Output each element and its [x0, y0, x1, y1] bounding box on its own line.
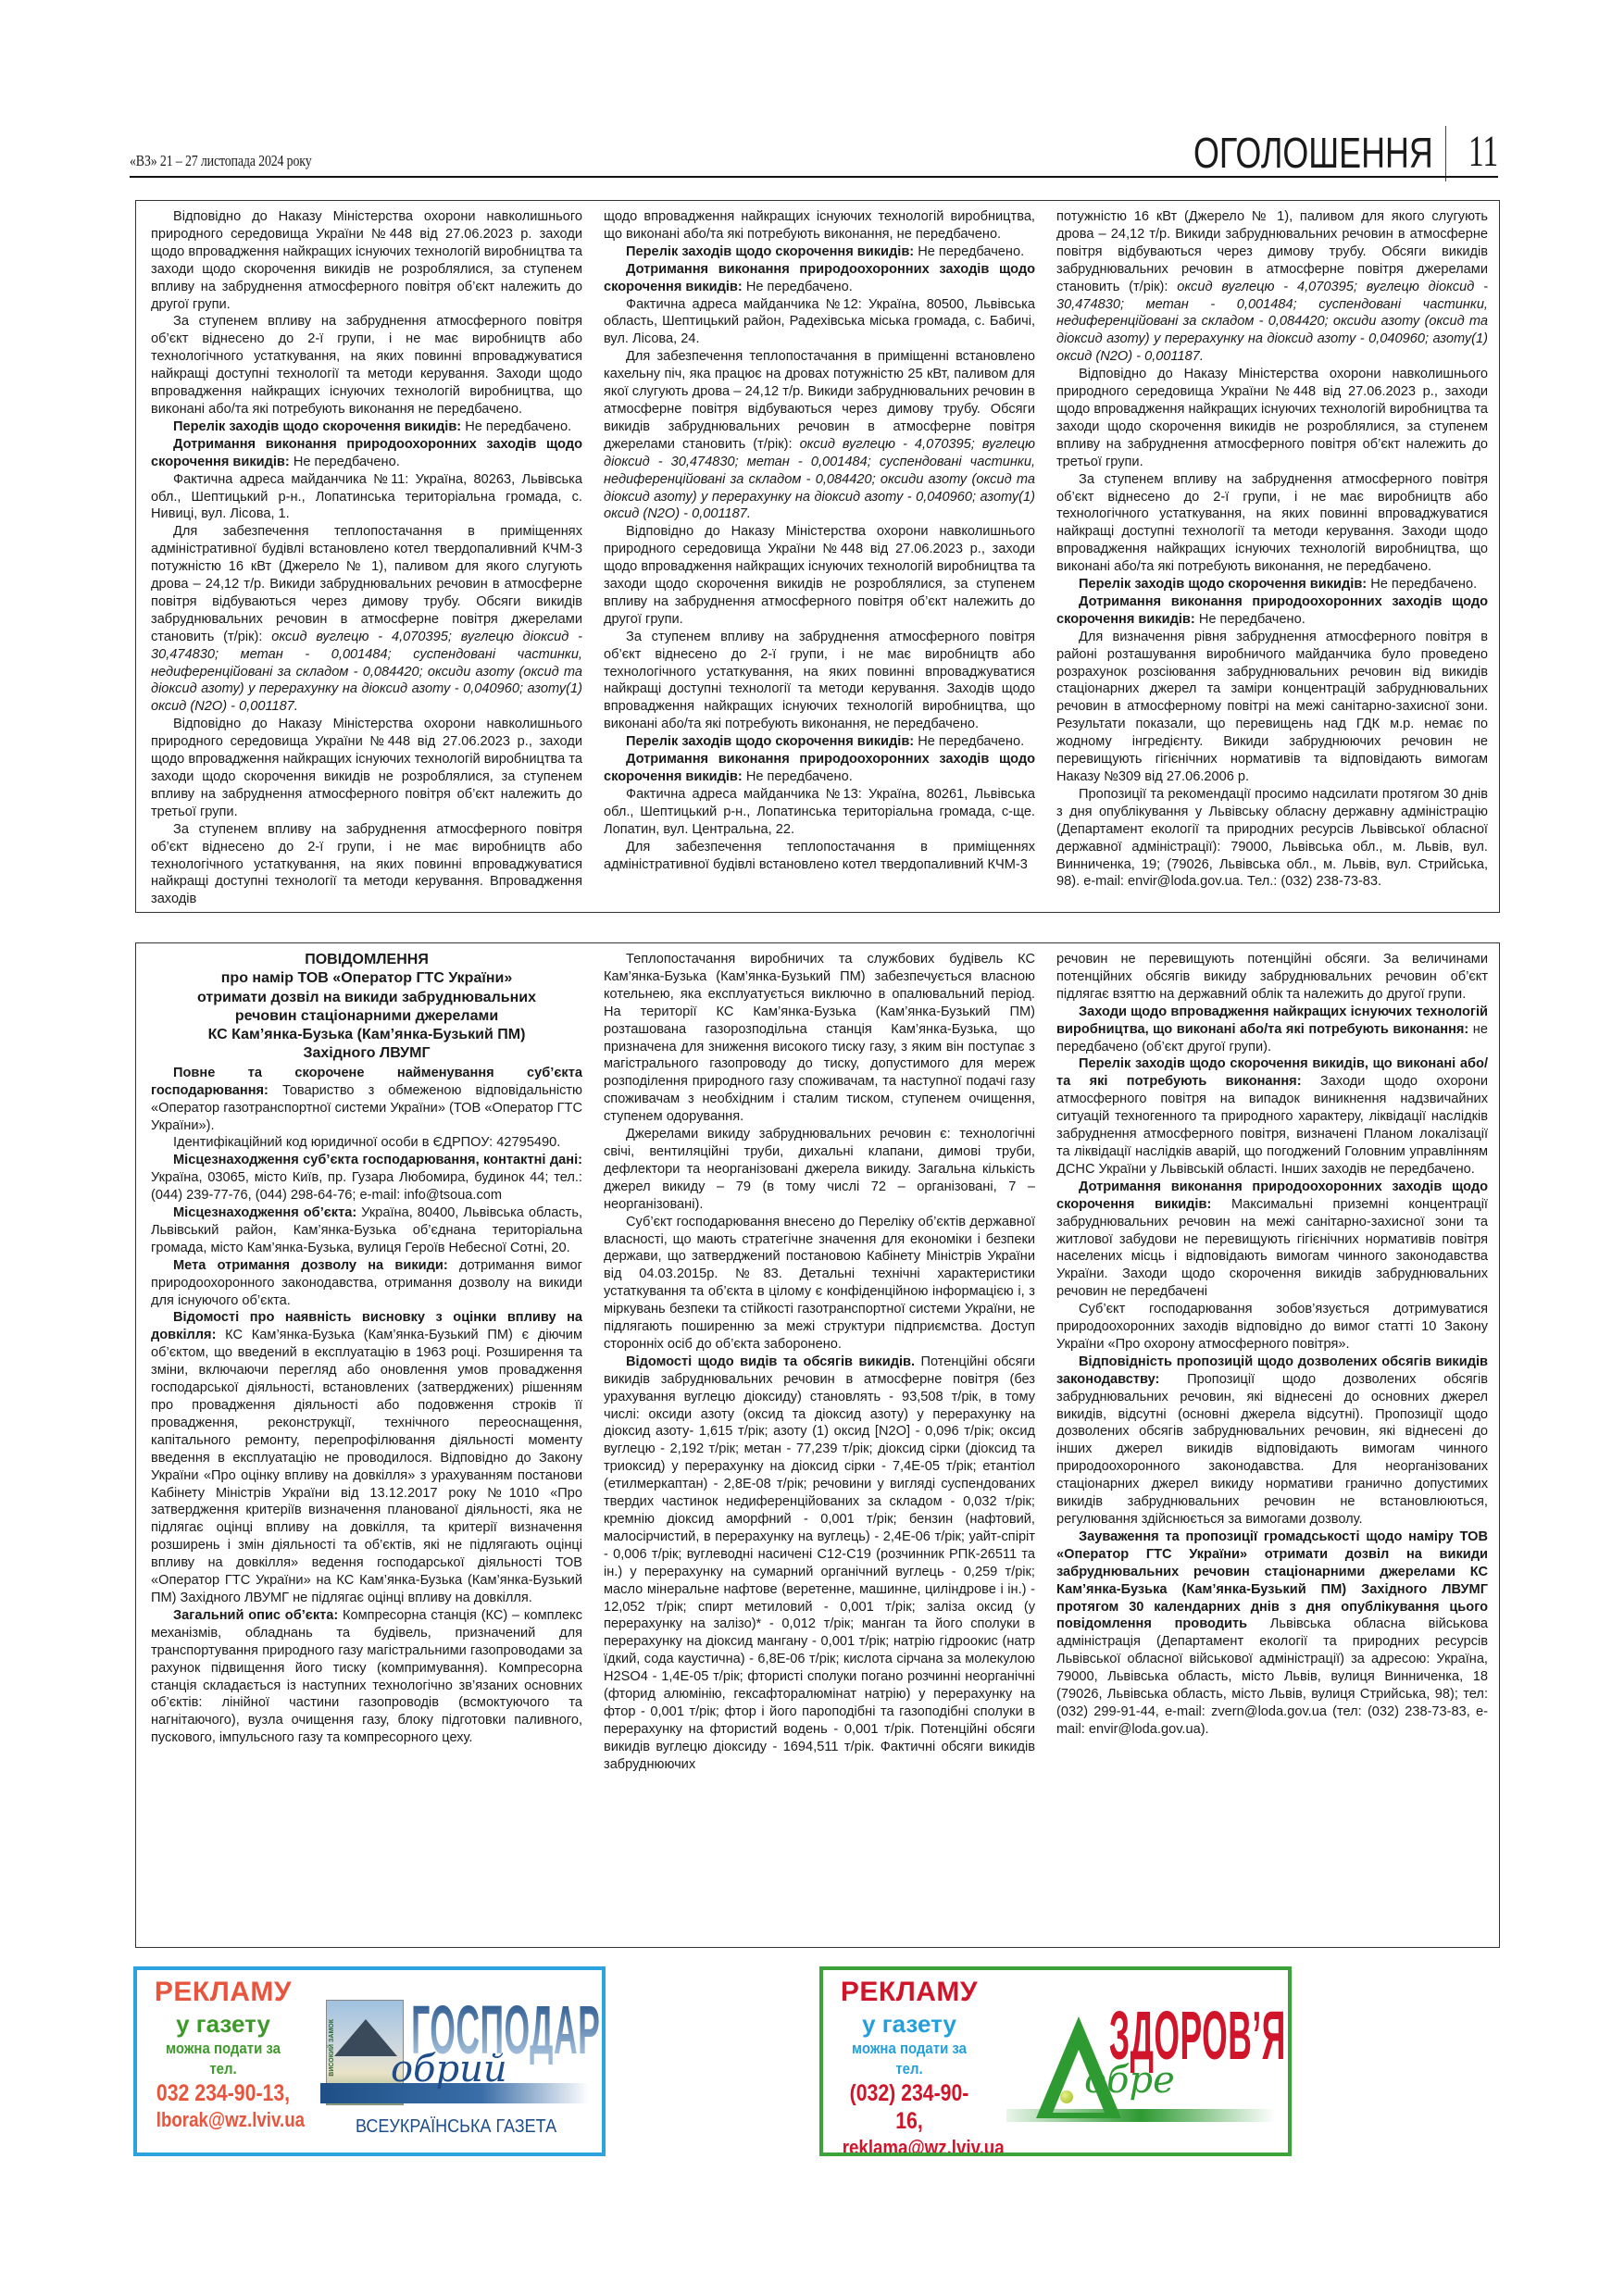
paragraph: Для забезпечення теплопостачання в примі… [604, 839, 1035, 874]
paragraph: Джерелами викиду забруднювальних речовин… [604, 1126, 1035, 1214]
page-header: «ВЗ» 21 – 27 листопада 2024 року ОГОЛОШЕ… [130, 120, 1498, 174]
paragraph: Суб’єкт господарювання внесено до Перелі… [604, 1214, 1035, 1354]
issue-date: «ВЗ» 21 – 27 листопада 2024 року [130, 152, 312, 170]
notice-column-1-body: Повне та скорочене найменування суб’єкта… [151, 1065, 582, 1747]
paragraph: потужністю 16 кВт (Джерело № 1), паливом… [1056, 208, 1488, 366]
paragraph: Перелік заходів щодо скорочення викидів,… [1056, 1055, 1488, 1178]
paragraph: Відповідність пропозицій щодо дозволених… [1056, 1354, 1488, 1529]
paragraph: Зауваження та пропозиції громадськості щ… [1056, 1529, 1488, 1739]
paragraph: За ступенем впливу на забруднення атмосф… [151, 821, 582, 909]
paragraph: Для забезпечення теплопостачання в примі… [604, 348, 1035, 523]
notice-emissions-sites: Відповідно до Наказу Міністерства охорон… [135, 200, 1500, 913]
notice-column-1: Відповідно до Наказу Міністерства охорон… [151, 208, 582, 908]
header-rule [130, 176, 1498, 178]
notice-column-1: ПОВІДОМЛЕННЯ про намір ТОВ «Оператор ГТС… [151, 951, 582, 1747]
paragraph: речовин не перевищують потенційні обсяги… [1056, 951, 1488, 1004]
notice-column-2: Теплопостачання виробничих та службових … [604, 951, 1035, 1774]
paragraph: Фактична адреса майданчика №11: Україна,… [151, 471, 582, 524]
notice-column-3: потужністю 16 кВт (Джерело № 1), паливом… [1056, 208, 1488, 891]
paragraph: Мета отримання дозволу на викиди: дотрим… [151, 1257, 582, 1310]
paragraph: Перелік заходів щодо скорочення викидів:… [604, 733, 1035, 751]
paragraph: Відповідно до Наказу Міністерства охорон… [151, 208, 582, 313]
ad-phone: (032) 234-90-16, [843, 2079, 977, 2135]
paragraph: Для забезпечення теплопостачання в примі… [151, 523, 582, 716]
ad-contact-text: РЕКЛАМУ у газету можна подати за тел. 03… [144, 1976, 302, 2133]
paragraph: Фактична адреса майданчика №12: Україна,… [604, 296, 1035, 349]
paragraph: Суб’єкт господарювання зобов’язується до… [1056, 1301, 1488, 1354]
paragraph: Дотримання виконання природоохоронних за… [1056, 593, 1488, 629]
paragraph: Теплопостачання виробничих та службових … [604, 951, 1035, 1126]
paragraph: За ступенем впливу на забруднення атмосф… [1056, 471, 1488, 576]
paragraph: Загальний опис об’єкта: Компресорна стан… [151, 1607, 582, 1747]
paragraph: Відповідно до Наказу Міністерства охорон… [151, 716, 582, 820]
header-divider [1445, 126, 1446, 181]
section-title: ОГОЛОШЕННЯ [1193, 131, 1433, 174]
paragraph: Відповідно до Наказу Міністерства охорон… [1056, 366, 1488, 470]
paragraph: Місцезнаходження суб’єкта господарювання… [151, 1152, 582, 1204]
paragraph: Повне та скорочене найменування суб’єкта… [151, 1065, 582, 1135]
ad-dobre-zdorovia[interactable]: РЕКЛАМУ у газету можна подати за тел. (0… [819, 1966, 1292, 2156]
paragraph: Фактична адреса майданчика №13: Україна,… [604, 786, 1035, 839]
dobryi-hospodar-logo: ВИСОКИЙ ЗАМОК ГОСПОДАР обрий ВСЕУКРАЇНСЬ… [313, 1979, 600, 2146]
paragraph: Дотримання виконання природоохоронних за… [604, 751, 1035, 786]
paragraph: Дотримання виконання природоохоронних за… [151, 436, 582, 471]
ad-email[interactable]: lborak@wz.lviv.ua [156, 2107, 291, 2133]
ad-email[interactable]: reklama@wz.lviv.ua [843, 2135, 977, 2156]
page-number: 11 [1468, 130, 1498, 174]
ball-icon [1060, 2090, 1073, 2103]
notice-gts-operator: ПОВІДОМЛЕННЯ про намір ТОВ «Оператор ГТС… [135, 942, 1500, 1948]
notice-column-2: щодо впровадження найкращих існуючих тех… [604, 208, 1035, 873]
paragraph: Дотримання виконання природоохоронних за… [1056, 1179, 1488, 1301]
swoosh-icon [1006, 2109, 1275, 2122]
notice-title: ПОВІДОМЛЕННЯ про намір ТОВ «Оператор ГТС… [151, 951, 582, 1064]
paragraph: Перелік заходів щодо скорочення викидів:… [1056, 576, 1488, 593]
paragraph: Відомості про наявність висновку з оцінк… [151, 1309, 582, 1606]
ad-phone: 032 234-90-13, [156, 2079, 291, 2107]
paragraph: За ступенем впливу на забруднення атмосф… [604, 629, 1035, 733]
ad-dobryi-hospodar[interactable]: РЕКЛАМУ у газету можна подати за тел. 03… [133, 1966, 606, 2156]
dobre-zdorovia-logo: ЗДОРОВ’Я обре [999, 1979, 1286, 2146]
paragraph: Перелік заходів щодо скорочення викидів:… [151, 418, 582, 436]
paragraph: Перелік заходів щодо скорочення викидів:… [604, 243, 1035, 261]
paragraph: Відповідно до Наказу Міністерства охорон… [604, 523, 1035, 628]
paragraph: Заходи щодо впровадження найкращих існую… [1056, 1004, 1488, 1056]
paragraph: Для визначення рівня забруднення атмосфе… [1056, 629, 1488, 786]
paragraph: За ступенем впливу на забруднення атмосф… [151, 313, 582, 418]
paragraph: Місцезнаходження об’єкта: Україна, 80400… [151, 1204, 582, 1257]
paragraph: Відомості щодо видів та обсягів викидів.… [604, 1354, 1035, 1774]
paragraph: Дотримання виконання природоохоронних за… [604, 261, 1035, 296]
paragraph: Пропозиції та рекомендації просимо надси… [1056, 786, 1488, 891]
ad-contact-text: РЕКЛАМУ у газету можна подати за тел. (0… [831, 1976, 988, 2156]
paragraph: Ідентифікаційний код юридичної особи в Є… [151, 1134, 582, 1152]
paragraph: щодо впровадження найкращих існуючих тех… [604, 208, 1035, 243]
notice-column-3: речовин не перевищують потенційні обсяги… [1056, 951, 1488, 1739]
